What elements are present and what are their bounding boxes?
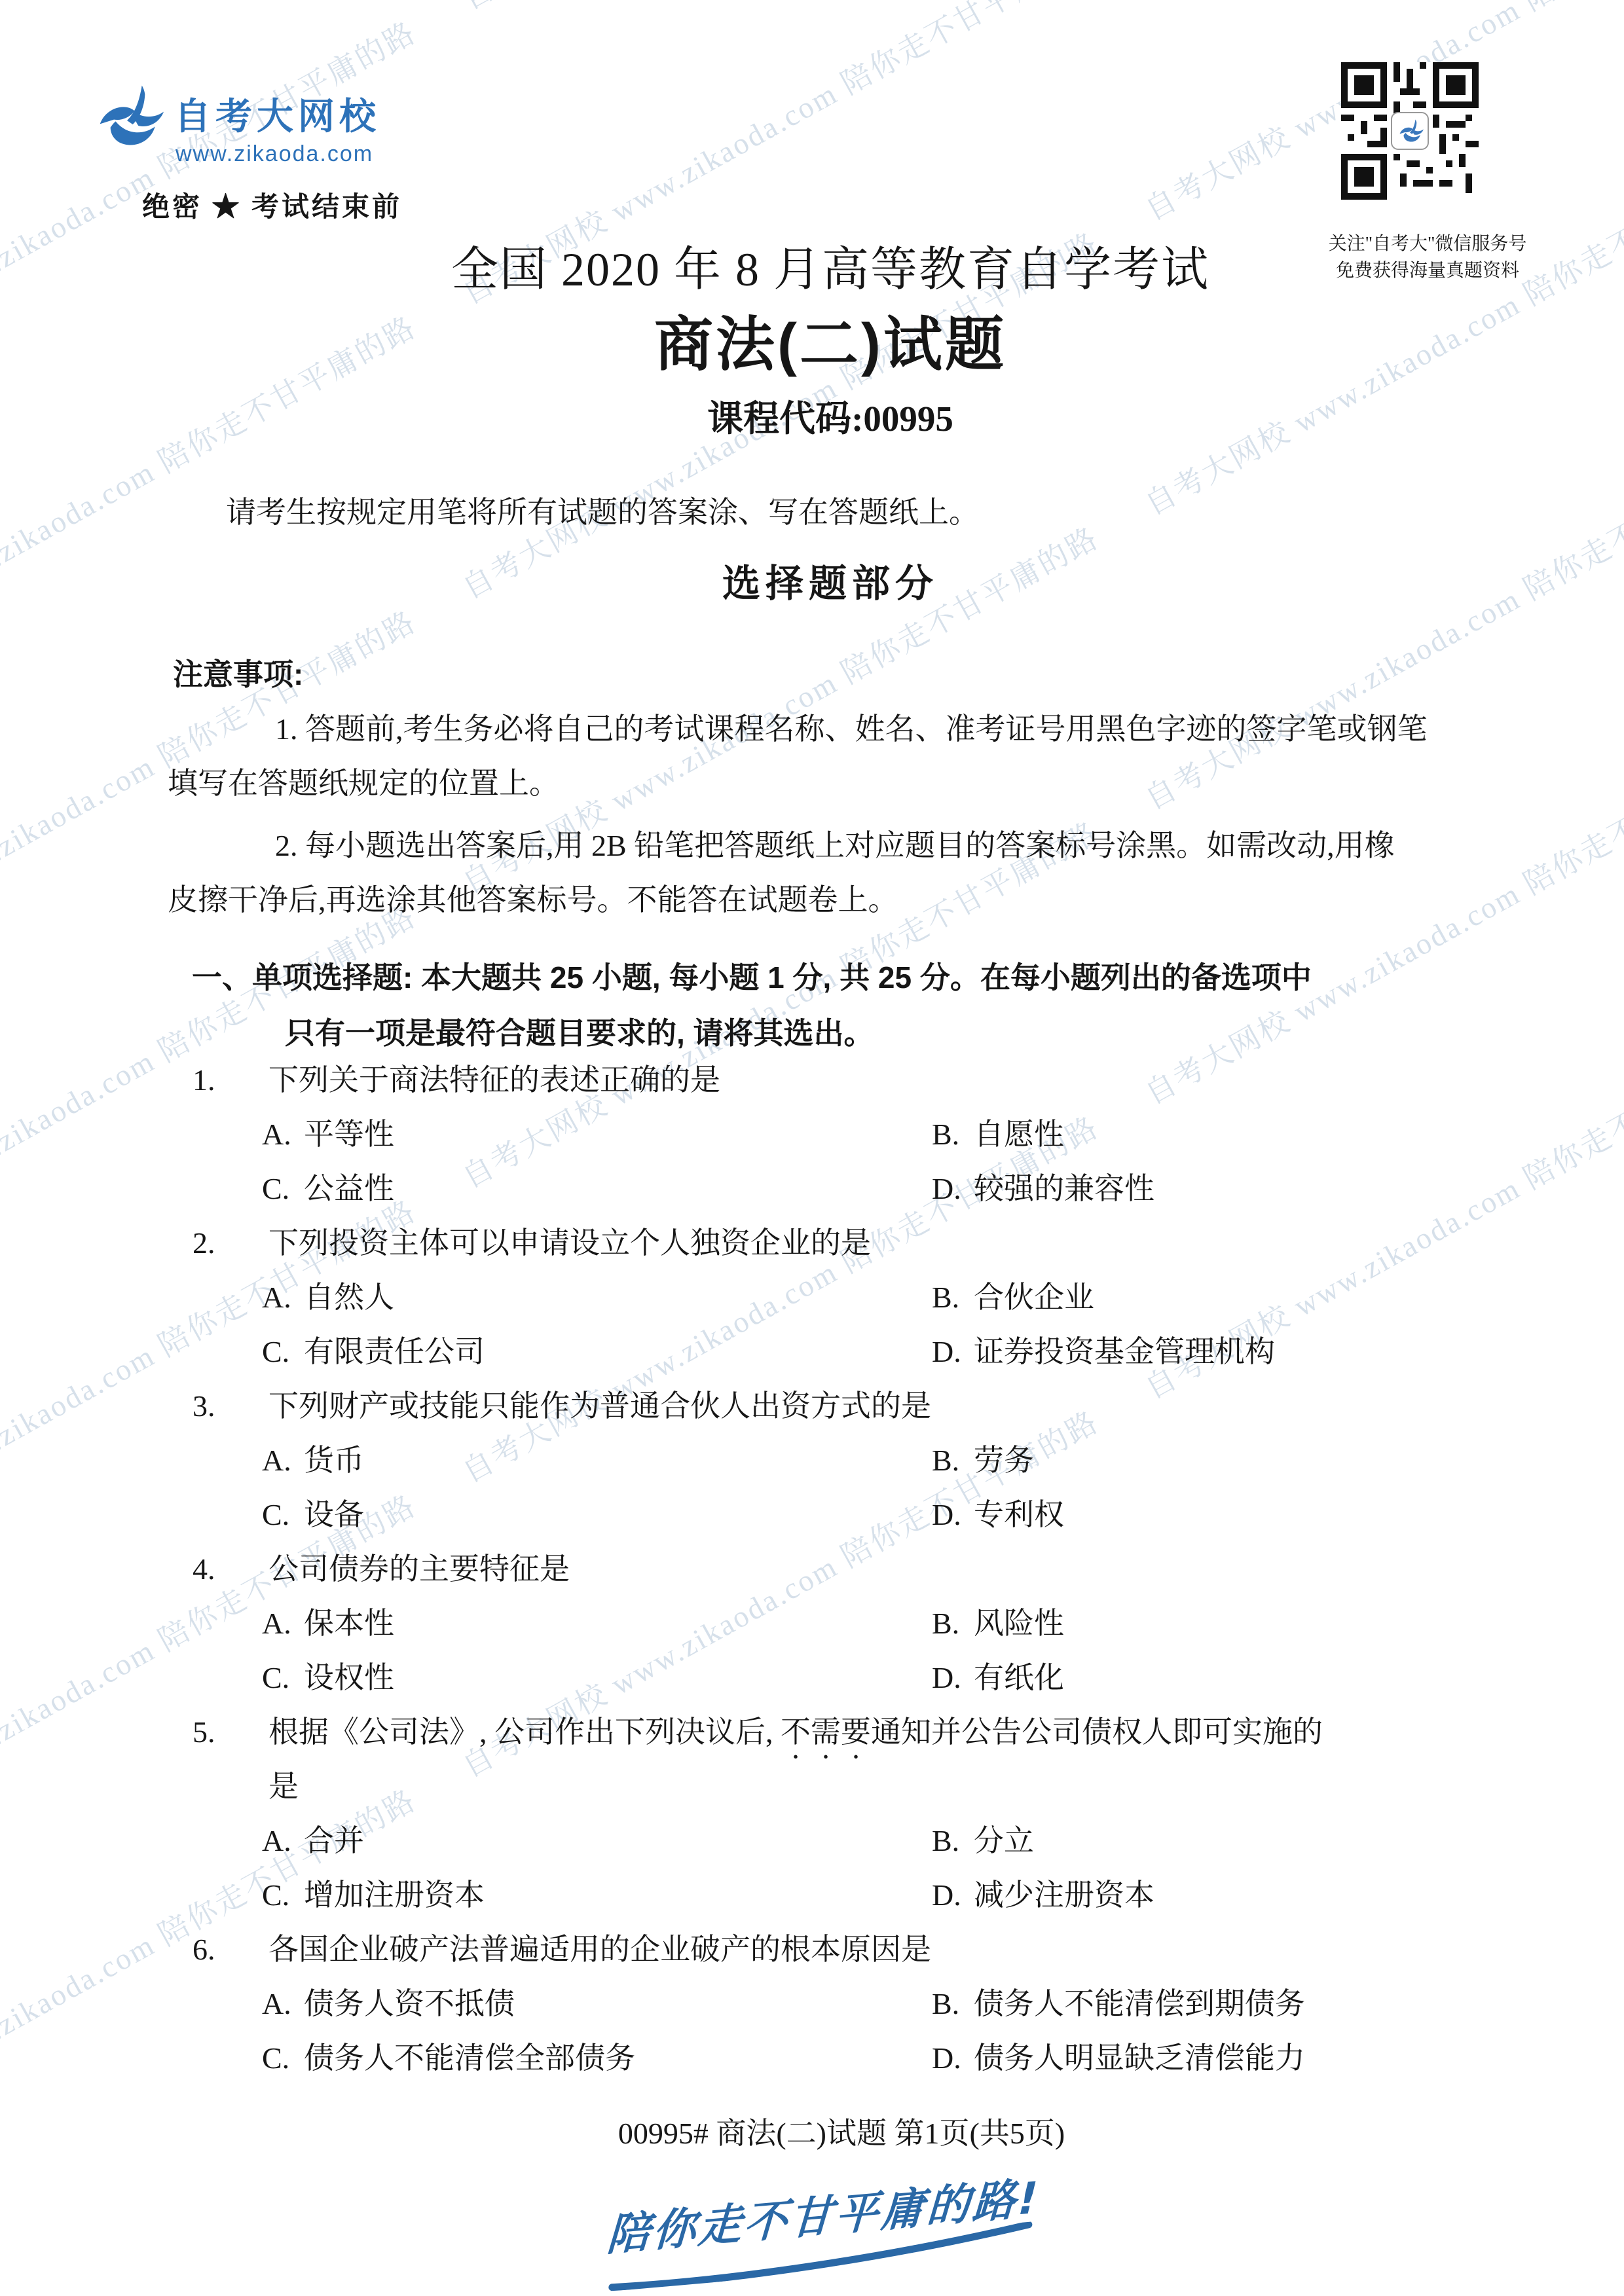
question-6-option-d: D.债务人明显缺乏清偿能力 (932, 2031, 1305, 2085)
question-1-option-b: B.自愿性 (932, 1107, 1064, 1161)
option-a-text: 货币 (304, 1444, 364, 1477)
course-code: 课程代码:00995 (0, 393, 1624, 445)
question-5-stem-line1: 5. 根据《公司法》, 公司作出下列决议后, 不需要通知并公告公司债权人即可实施… (0, 1705, 1624, 1759)
option-a-text: 自然人 (304, 1281, 394, 1314)
option-d-label: D. (932, 1161, 974, 1216)
option-b-label: B. (932, 1977, 974, 2031)
slogan-calligraphy: 陪你走不甘平庸的路! (599, 2162, 1051, 2292)
option-c-text: 有限责任公司 (304, 1335, 485, 1368)
option-a-label: A. (262, 1433, 304, 1487)
option-c-label: C. (262, 1868, 304, 1922)
page-footer: 00995# 商法(二)试题 第1页(共5页) (0, 2111, 1624, 2157)
question-stem-text: 下列财产或技能只能作为普通合伙人出资方式的是 (0, 1389, 931, 1423)
question-1-stem: 1. 下列关于商法特征的表述正确的是 (0, 1053, 1624, 1107)
option-b-label: B. (932, 1433, 974, 1487)
question-stem-text: 下列投资主体可以申请设立个人独资企业的是 (0, 1226, 871, 1260)
question-list: 1. 下列关于商法特征的表述正确的是 A.平等性 B.自愿性 C.公益性 D.较… (0, 1053, 1624, 2085)
option-b-text: 分立 (974, 1824, 1034, 1857)
stem-after: 通知并公告公司债权人即可实施的 (871, 1715, 1323, 1749)
wechat-qr-code (1341, 62, 1479, 200)
option-c-label: C. (262, 2031, 304, 2085)
question-5-option-d: D.减少注册资本 (932, 1868, 1154, 1922)
question-4-options-ab: A.保本性 B.风险性 (0, 1596, 1624, 1650)
option-b-text: 债务人不能清偿到期债务 (974, 1987, 1305, 2020)
option-c-text: 增加注册资本 (304, 1878, 485, 1912)
option-a-label: A. (262, 1977, 304, 2031)
logo-wordmark: 自考大网校 (174, 88, 380, 140)
option-a-text: 保本性 (304, 1607, 394, 1640)
option-d-label: D. (932, 1324, 974, 1379)
question-stem-text: 公司债券的主要特征是 (0, 1552, 570, 1586)
option-a-label: A. (262, 1107, 304, 1161)
question-4-option-b: B.风险性 (932, 1596, 1064, 1650)
zikaoda-bird-logo-icon (90, 67, 169, 169)
option-c-label: C. (262, 1650, 304, 1705)
question-1-options-ab: A.平等性 B.自愿性 (0, 1107, 1624, 1161)
option-a-text: 合并 (304, 1824, 364, 1857)
classification-banner: 绝密 ★ 考试结束前 (142, 185, 402, 225)
question-2-option-d: D.证券投资基金管理机构 (932, 1324, 1275, 1379)
option-c-label: C. (262, 1487, 304, 1542)
question-5-option-b: B.分立 (932, 1813, 1034, 1868)
option-c-label: C. (262, 1324, 304, 1379)
part-title: 选择题部分 (0, 555, 1624, 613)
question-stem-text: 是 (0, 1770, 299, 1803)
option-d-label: D. (932, 2031, 974, 2085)
question-3-options-ab: A.货币 B.劳务 (0, 1433, 1624, 1487)
question-3-stem: 3. 下列财产或技能只能作为普通合伙人出资方式的是 (0, 1379, 1624, 1433)
question-1-option-d: D.较强的兼容性 (932, 1161, 1154, 1216)
option-b-label: B. (932, 1107, 974, 1161)
question-number: 1. (193, 1053, 215, 1107)
option-c-text: 设权性 (304, 1661, 394, 1694)
option-b-text: 合伙企业 (974, 1281, 1094, 1314)
stem-before: 根据《公司法》, 公司作出下列决议后, (268, 1715, 781, 1749)
option-d-text: 专利权 (974, 1498, 1064, 1531)
question-4-option-d: D.有纸化 (932, 1650, 1064, 1705)
option-d-label: D. (932, 1650, 974, 1705)
option-a-label: A. (262, 1270, 304, 1324)
question-number: 2. (193, 1216, 215, 1270)
question-5-options-cd: C.增加注册资本 D.减少注册资本 (0, 1868, 1624, 1922)
option-b-text: 自愿性 (974, 1118, 1064, 1151)
question-4-stem: 4. 公司债券的主要特征是 (0, 1542, 1624, 1596)
question-2-stem: 2. 下列投资主体可以申请设立个人独资企业的是 (0, 1216, 1624, 1270)
option-c-text: 设备 (304, 1498, 364, 1531)
option-a-label: A. (262, 1813, 304, 1868)
question-3-option-d: D.专利权 (932, 1487, 1064, 1542)
question-2-option-b: B.合伙企业 (932, 1270, 1094, 1324)
option-b-label: B. (932, 1270, 974, 1324)
option-c-text: 公益性 (304, 1172, 394, 1205)
option-a-text: 平等性 (304, 1118, 394, 1151)
question-3-option-b: B.劳务 (932, 1433, 1034, 1487)
question-6-options-ab: A.债务人资不抵债 B.债务人不能清偿到期债务 (0, 1977, 1624, 2031)
question-5-stem-line2: 是 (0, 1759, 1624, 1813)
question-number: 4. (193, 1542, 215, 1596)
question-2-options-cd: C.有限责任公司 D.证券投资基金管理机构 (0, 1324, 1624, 1379)
option-b-label: B. (932, 1813, 974, 1868)
option-a-text: 债务人资不抵债 (304, 1987, 515, 2020)
option-d-text: 较强的兼容性 (974, 1172, 1154, 1205)
question-number: 5. (193, 1705, 215, 1759)
option-d-text: 减少注册资本 (974, 1878, 1154, 1912)
option-c-label: C. (262, 1161, 304, 1216)
question-6-options-cd: C.债务人不能清偿全部债务 D.债务人明显缺乏清偿能力 (0, 2031, 1624, 2085)
stem-emphasized: 不需要 (781, 1715, 871, 1749)
option-d-text: 有纸化 (974, 1661, 1064, 1694)
exam-title-line1: 全国 2020 年 8 月高等教育自学考试 (0, 240, 1624, 300)
option-b-text: 风险性 (974, 1607, 1064, 1640)
exam-paper-page: 自考大网校 www.zikaoda.com 陪你走不甘平庸的路自考大网校 www… (0, 0, 1624, 2296)
logo-url: www.zikaoda.com (175, 141, 373, 167)
note-1-line-2: 填写在答题纸规定的位置上。 (168, 756, 559, 811)
question-5-options-ab: A.合并 B.分立 (0, 1813, 1624, 1868)
question-4-options-cd: C.设权性 D.有纸化 (0, 1650, 1624, 1705)
question-stem-text: 各国企业破产法普遍适用的企业破产的根本原因是 (0, 1933, 931, 1966)
answer-sheet-notice: 请考生按规定用笔将所有试题的答案涂、写在答题纸上。 (226, 490, 979, 536)
note-2-line-1: 2. 每小题选出答案后,用 2B 铅笔把答题纸上对应题目的答案标号涂黑。如需改动… (275, 818, 1395, 873)
question-number: 6. (193, 1922, 215, 1977)
question-stem-text: 下列关于商法特征的表述正确的是 (0, 1063, 720, 1097)
question-3-options-cd: C.设备 D.专利权 (0, 1487, 1624, 1542)
option-d-text: 证券投资基金管理机构 (974, 1335, 1275, 1368)
option-b-text: 劳务 (974, 1444, 1034, 1477)
option-d-label: D. (932, 1868, 974, 1922)
question-6-stem: 6. 各国企业破产法普遍适用的企业破产的根本原因是 (0, 1922, 1624, 1977)
exam-title-subject: 商法(二)试题 (0, 308, 1624, 382)
note-1-line-1: 1. 答题前,考生务必将自己的考试课程名称、姓名、准考证号用黑色字迹的签字笔或钢… (275, 702, 1428, 756)
option-d-text: 债务人明显缺乏清偿能力 (974, 2041, 1305, 2075)
option-a-label: A. (262, 1596, 304, 1650)
question-6-option-b: B.债务人不能清偿到期债务 (932, 1977, 1305, 2031)
notes-heading: 注意事项: (173, 653, 303, 695)
question-1-options-cd: C.公益性 D.较强的兼容性 (0, 1161, 1624, 1216)
option-b-label: B. (932, 1596, 974, 1650)
option-d-label: D. (932, 1487, 974, 1542)
section-1-heading-line1: 一、单项选择题: 本大题共 25 小题, 每小题 1 分, 共 25 分。在每小… (192, 951, 1312, 1005)
option-c-text: 债务人不能清偿全部债务 (304, 2041, 635, 2075)
question-number: 3. (193, 1379, 215, 1433)
question-2-options-ab: A.自然人 B.合伙企业 (0, 1270, 1624, 1324)
note-2-line-2: 皮擦干净后,再选涂其他答案标号。不能答在试题卷上。 (168, 873, 898, 927)
